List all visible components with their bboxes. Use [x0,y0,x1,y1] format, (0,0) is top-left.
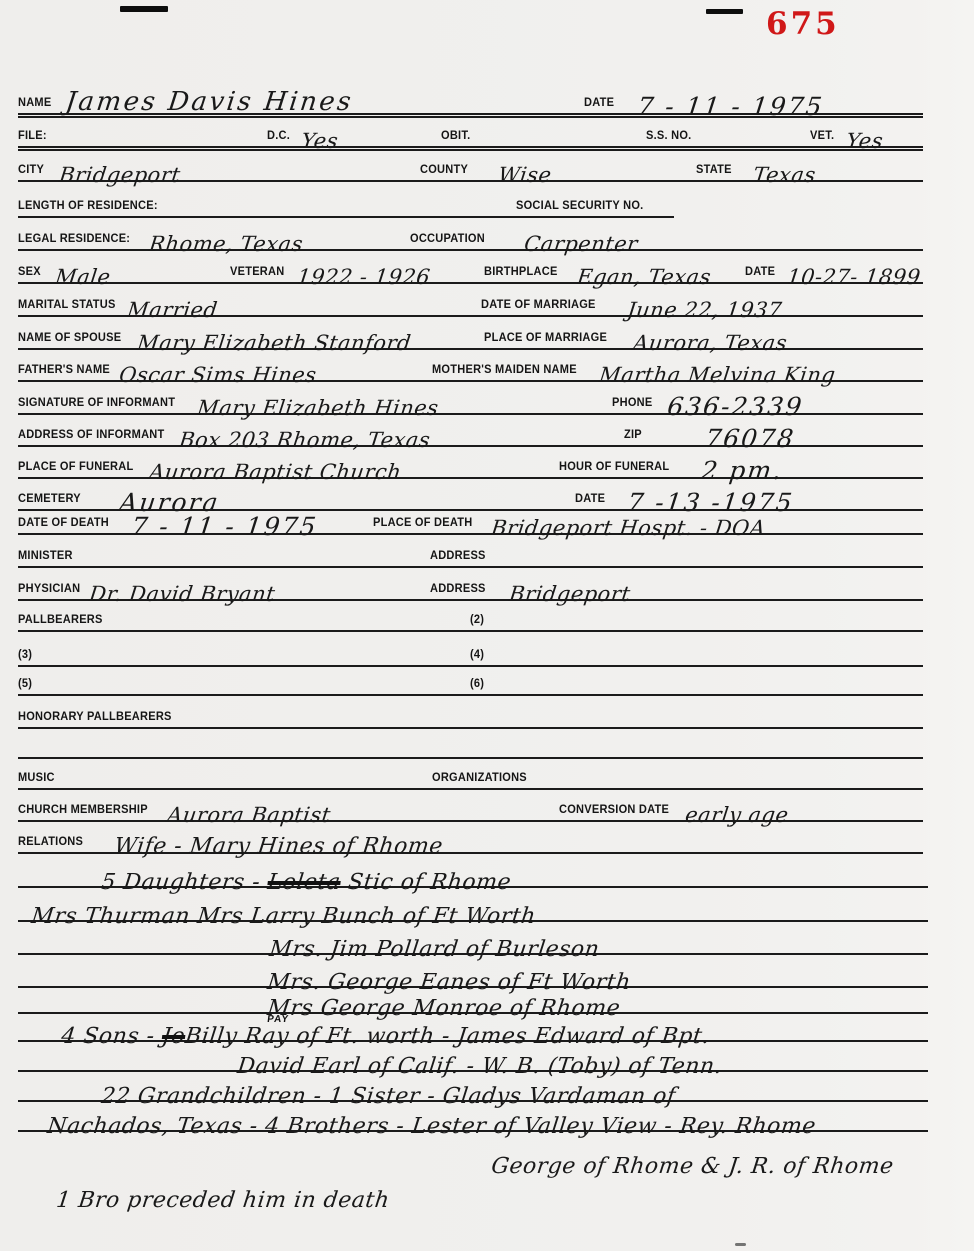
relations-line-row: 5 Daughters - Loleta Stic of Rhome [18,852,928,888]
relations-line-11: George of Rhome & J. R. of Rhome [490,1156,895,1178]
relations-line-row: Mrs. Jim Pollard of Burleson [18,919,928,955]
row-informant-address-zip: ADDRESS OF INFORMANT Box 203 Rhome, Texa… [18,411,923,447]
row-name-date: NAME James Davis Hines DATE 7 - 11 - 197… [18,73,923,115]
state-value: Texas [752,165,817,186]
row-music-organizations: MUSIC ORGANIZATIONS [18,754,923,790]
sex-label: SEX [18,265,41,278]
relations-line-row: Nachados, Texas - 4 Brothers - Lester of… [18,1096,928,1132]
pallbearer-5-label: (5) [18,677,32,690]
fathers-name-label: FATHER'S NAME [18,363,110,376]
dc-label: D.C. [267,129,290,142]
mothers-maiden-name-label: MOTHER'S MAIDEN NAME [432,363,577,376]
county-label: COUNTY [420,163,468,176]
pallbearers-label: PALLBEARERS [18,613,103,626]
church-membership-label: CHURCH MEMBERSHIP [18,803,148,816]
signature-of-informant-label: SIGNATURE OF INFORMANT [18,396,175,409]
ssno-label: S.S. NO. [646,129,691,142]
name-label: NAME [18,96,51,109]
row-marital-marriage-date: MARITAL STATUS Married DATE OF MARRIAGE … [18,281,923,317]
date-of-death-label: DATE OF DEATH [18,516,109,529]
row-file-dc-obit: FILE: D.C. Yes OBIT. S.S. NO. VET. Yes [18,112,923,148]
vet-label: VET. [810,129,834,142]
pallbearer-6-label: (6) [470,677,484,690]
row-death-date-place: DATE OF DEATH 7 - 11 - 1975 PLACE OF DEA… [18,499,923,535]
occupation-label: OCCUPATION [410,232,485,245]
birthplace-label: BIRTHPLACE [484,265,558,278]
conversion-date-label: CONVERSION DATE [559,803,669,816]
organizations-label: ORGANIZATIONS [432,771,527,784]
city-label: CITY [18,163,44,176]
row-pallbearers-5-6: (5) (6) [18,660,923,696]
row-informant-phone: SIGNATURE OF INFORMANT Mary Elizabeth Hi… [18,379,923,415]
honorary-pallbearers-label: HONORARY PALLBEARERS [18,710,172,723]
scan-smudge [735,1243,746,1246]
relations-free-line: George of Rhome & J. R. of Rhome [18,1148,928,1178]
birth-date-label: DATE [745,265,775,278]
minister-label: MINISTER [18,549,73,562]
place-of-death-label: PLACE OF DEATH [373,516,472,529]
relations-free-line: 1 Bro preceded him in death [18,1182,928,1212]
relations-line-12: 1 Bro preceded him in death [55,1190,391,1212]
social-security-no-label: SOCIAL SECURITY NO. [516,199,643,212]
relations-line-10: Nachados, Texas - 4 Brothers - Lester of… [46,1116,817,1138]
row-sex-veteran-birthplace: SEX Male VETERAN 1922 - 1926 BIRTHPLACE … [18,248,923,284]
row-city-county-state: CITY Bridgeport COUNTY Wise STATE Texas [18,146,923,182]
row-residence-ssn: LENGTH OF RESIDENCE: SOCIAL SECURITY NO. [18,182,674,218]
physician-address-label: ADDRESS [430,582,486,595]
pallbearer-2-label: (2) [470,613,484,626]
address-of-informant-label: ADDRESS OF INFORMANT [18,428,164,441]
scanned-funeral-record-page: 675 NAME James Davis Hines DATE 7 - 11 -… [0,0,974,1251]
relations-line-7-annotation: PAY [266,1015,289,1025]
row-pallbearers-1-2: PALLBEARERS (2) [18,596,923,632]
page-number: 675 [766,6,840,42]
row-minister-address: MINISTER ADDRESS [18,532,923,568]
record-date-label: DATE [584,96,614,109]
legal-residence-label: LEGAL RESIDENCE: [18,232,130,245]
relations-label: RELATIONS [18,835,83,848]
row-funeral-place-hour: PLACE OF FUNERAL Aurora Baptist Church H… [18,443,923,479]
obit-label: OBIT. [441,129,470,142]
length-of-residence-label: LENGTH OF RESIDENCE: [18,199,158,212]
hour-of-funeral-label: HOUR OF FUNERAL [559,460,669,473]
state-label: STATE [696,163,732,176]
zip-label: ZIP [624,428,642,441]
row-church-conversion: CHURCH MEMBERSHIP Aurora Baptist CONVERS… [18,786,923,822]
phone-label: PHONE [612,396,652,409]
physician-label: PHYSICIAN [18,582,80,595]
row-spouse-marriage-place: NAME OF SPOUSE Mary Elizabeth Stanford P… [18,314,923,350]
date-of-marriage-label: DATE OF MARRIAGE [481,298,596,311]
row-legal-residence-occupation: LEGAL RESIDENCE: Rhome, Texas OCCUPATION… [18,215,923,251]
music-label: MUSIC [18,771,55,784]
relations-line-row: Mrs Thurman Mrs Larry Bunch of Ft Worth [18,886,928,922]
place-of-funeral-label: PLACE OF FUNERAL [18,460,133,473]
redaction-bar-left [120,6,168,12]
row-relations: RELATIONS Wife - Mary Hines of Rhome [18,818,923,854]
redaction-bar-right [706,9,743,14]
minister-address-label: ADDRESS [430,549,486,562]
row-father-mother: FATHER'S NAME Oscar Sims Hines MOTHER'S … [18,346,923,382]
file-label: FILE: [18,129,47,142]
marital-status-label: MARITAL STATUS [18,298,116,311]
name-of-spouse-label: NAME OF SPOUSE [18,331,121,344]
veteran-label: VETERAN [230,265,284,278]
place-of-marriage-label: PLACE OF MARRIAGE [484,331,607,344]
